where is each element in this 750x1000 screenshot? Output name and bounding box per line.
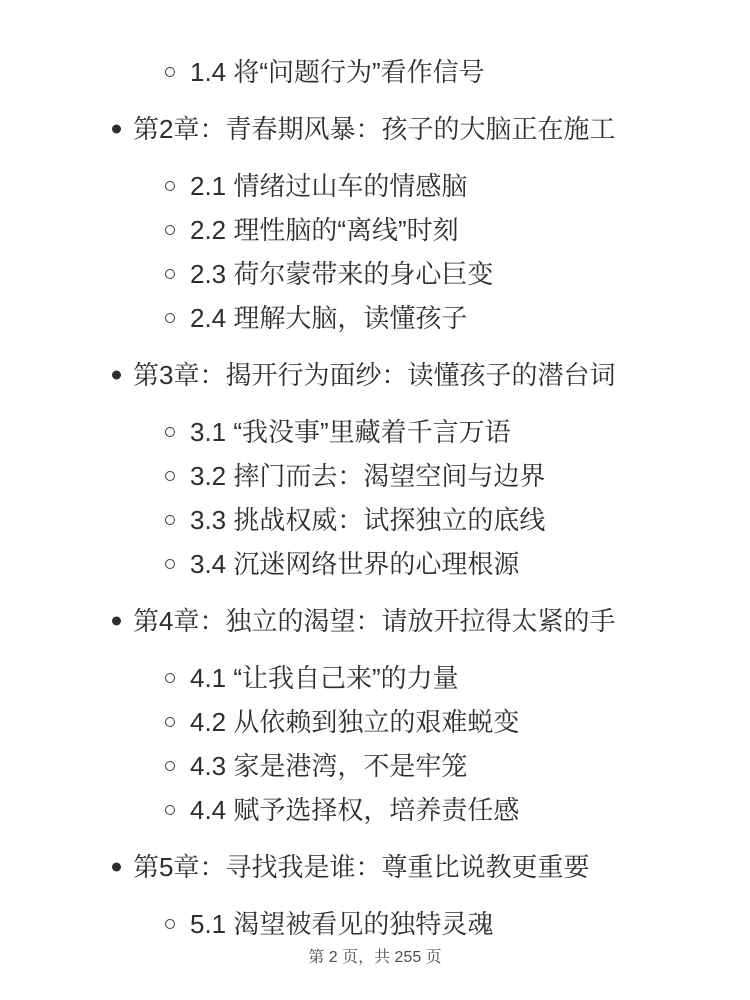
toc-subitem-label: 4.3 家是港湾，不是牢笼	[190, 751, 467, 781]
toc-subitem-label: 4.2 从依赖到独立的艰难蜕变	[190, 707, 519, 737]
toc-subitem-5-1: 5.1 渴望被看见的独特灵魂	[0, 902, 750, 946]
toc-subitem-label: 3.2 摔门而去：渴望空间与边界	[190, 461, 545, 491]
toc-subitem-2-2: 2.2 理性脑的“离线”时刻	[0, 208, 750, 252]
circle-bullet-icon	[165, 427, 175, 437]
circle-bullet-icon	[165, 471, 175, 481]
toc-subitem-3-1: 3.1 “我没事”里藏着千言万语	[0, 410, 750, 454]
toc-subitem-label: 5.1 渴望被看见的独特灵魂	[190, 909, 493, 939]
toc-chapter-group-2: 第2章：青春期风暴：孩子的大脑正在施工 2.1 情绪过山车的情感脑 2.2 理性…	[0, 94, 750, 340]
toc-subitem-label: 2.2 理性脑的“离线”时刻	[190, 215, 459, 245]
toc-subitem-label: 2.1 情绪过山车的情感脑	[190, 171, 467, 201]
toc-subitem-label: 2.4 理解大脑，读懂孩子	[190, 303, 467, 333]
toc-chapter-label: 第2章：青春期风暴：孩子的大脑正在施工	[133, 114, 615, 144]
toc-subitem-label: 3.3 挑战权威：试探独立的底线	[190, 505, 545, 535]
circle-bullet-icon	[165, 225, 175, 235]
page-indicator-label: 第 2 页，共 255 页	[308, 949, 441, 966]
circle-bullet-icon	[165, 181, 175, 191]
circle-bullet-icon	[165, 313, 175, 323]
toc-subitem-4-4: 4.4 赋予选择权，培养责任感	[0, 788, 750, 832]
toc-subitem-3-2: 3.2 摔门而去：渴望空间与边界	[0, 454, 750, 498]
toc-chapter-label: 第3章：揭开行为面纱：读懂孩子的潜台词	[133, 360, 615, 390]
toc-subitem-label: 1.4 将“问题行为”看作信号	[190, 57, 485, 87]
toc-subitem-label: 3.4 沉迷网络世界的心理根源	[190, 549, 519, 579]
disc-bullet-icon	[112, 863, 121, 872]
circle-bullet-icon	[165, 559, 175, 569]
toc-chapter-label: 第5章：寻找我是谁：尊重比说教更重要	[133, 852, 589, 882]
circle-bullet-icon	[165, 67, 175, 77]
document-page: 1.4 将“问题行为”看作信号 第2章：青春期风暴：孩子的大脑正在施工 2.1 …	[0, 0, 750, 1000]
toc-subitem-2-1: 2.1 情绪过山车的情感脑	[0, 164, 750, 208]
circle-bullet-icon	[165, 515, 175, 525]
toc-subitem-3-3: 3.3 挑战权威：试探独立的底线	[0, 498, 750, 542]
toc-chapter-4: 第4章：独立的渴望：请放开拉得太紧的手	[0, 586, 750, 656]
toc-chapter-2: 第2章：青春期风暴：孩子的大脑正在施工	[0, 94, 750, 164]
toc-subitem-1-4: 1.4 将“问题行为”看作信号	[0, 50, 750, 94]
circle-bullet-icon	[165, 919, 175, 929]
toc-subitem-4-2: 4.2 从依赖到独立的艰难蜕变	[0, 700, 750, 744]
toc-subitem-label: 2.3 荷尔蒙带来的身心巨变	[190, 259, 493, 289]
circle-bullet-icon	[165, 673, 175, 683]
page-indicator: 第 2 页，共 255 页	[0, 946, 750, 970]
toc-chapter-5: 第5章：寻找我是谁：尊重比说教更重要	[0, 832, 750, 902]
toc-subitem-4-1: 4.1 “让我自己来”的力量	[0, 656, 750, 700]
toc-chapter-group-5: 第5章：寻找我是谁：尊重比说教更重要 5.1 渴望被看见的独特灵魂	[0, 832, 750, 946]
disc-bullet-icon	[112, 125, 121, 134]
toc-subitem-2-4: 2.4 理解大脑，读懂孩子	[0, 296, 750, 340]
toc-chapter-label: 第4章：独立的渴望：请放开拉得太紧的手	[133, 606, 615, 636]
disc-bullet-icon	[112, 371, 121, 380]
toc-subitem-label: 4.1 “让我自己来”的力量	[190, 663, 459, 693]
toc-chapter-group-3: 第3章：揭开行为面纱：读懂孩子的潜台词 3.1 “我没事”里藏着千言万语 3.2…	[0, 340, 750, 586]
circle-bullet-icon	[165, 717, 175, 727]
toc-subitem-3-4: 3.4 沉迷网络世界的心理根源	[0, 542, 750, 586]
table-of-contents: 1.4 将“问题行为”看作信号 第2章：青春期风暴：孩子的大脑正在施工 2.1 …	[0, 0, 750, 946]
toc-subitem-label: 4.4 赋予选择权，培养责任感	[190, 795, 519, 825]
circle-bullet-icon	[165, 269, 175, 279]
toc-chapter-3: 第3章：揭开行为面纱：读懂孩子的潜台词	[0, 340, 750, 410]
toc-subitem-4-3: 4.3 家是港湾，不是牢笼	[0, 744, 750, 788]
circle-bullet-icon	[165, 805, 175, 815]
toc-chapter-group-4: 第4章：独立的渴望：请放开拉得太紧的手 4.1 “让我自己来”的力量 4.2 从…	[0, 586, 750, 832]
toc-subitem-label: 3.1 “我没事”里藏着千言万语	[190, 417, 511, 447]
disc-bullet-icon	[112, 617, 121, 626]
toc-subitem-2-3: 2.3 荷尔蒙带来的身心巨变	[0, 252, 750, 296]
circle-bullet-icon	[165, 761, 175, 771]
